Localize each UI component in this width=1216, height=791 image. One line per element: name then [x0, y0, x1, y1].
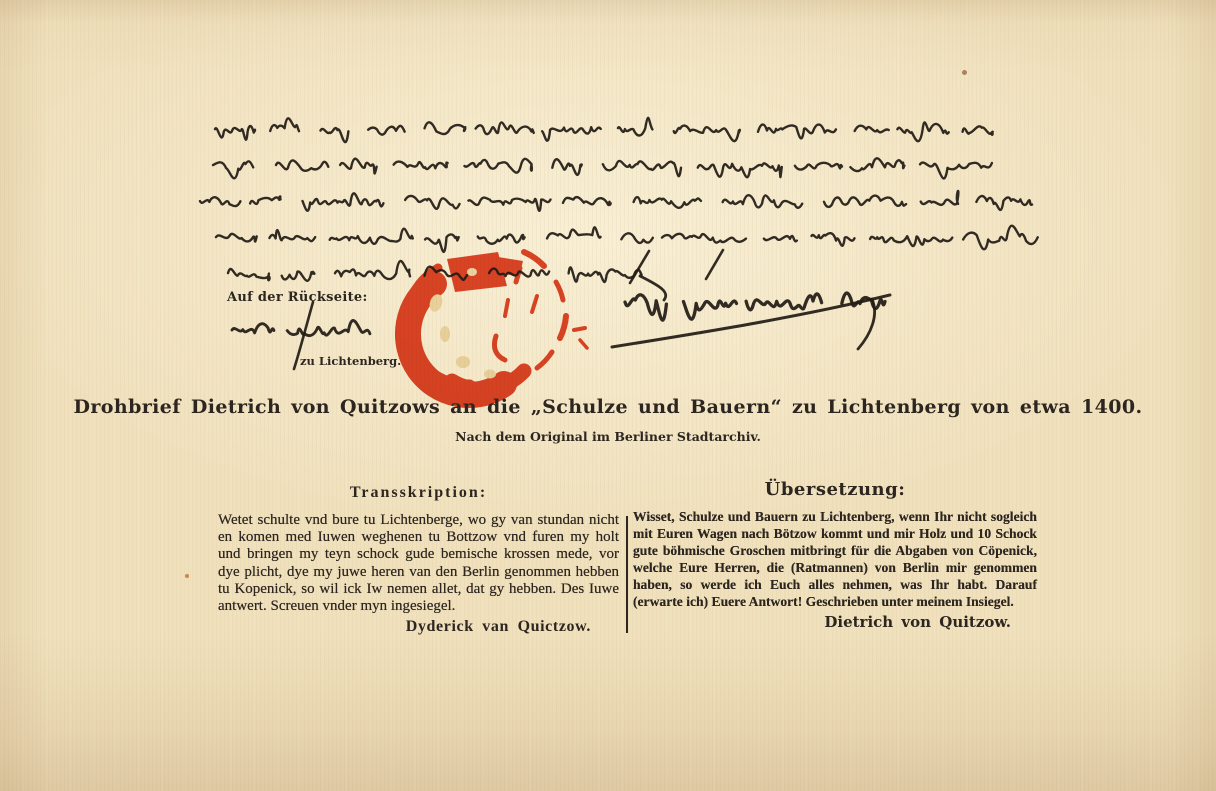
transcription-column: Transskription: Wetet schulte vnd bure t…	[218, 484, 619, 636]
book-page-scan: Auf der Rückseite: zu Lichtenberg. Drohb…	[0, 0, 1216, 791]
verso-caption: zu Lichtenberg.	[300, 354, 401, 368]
translation-heading: Übersetzung:	[633, 479, 1037, 500]
verso-label: Auf der Rückseite:	[227, 290, 368, 305]
wax-seal-stamp-icon	[406, 252, 587, 395]
figure-caption: Drohbrief Dietrich von Quitzows an die „…	[0, 396, 1216, 418]
paper-speck	[962, 70, 967, 75]
transcription-heading: Transskription:	[218, 484, 619, 502]
translation-body: Wisset, Schulze und Bauern zu Lichtenber…	[633, 509, 1037, 610]
translation-signature: Dietrich von Quitzow.	[633, 613, 1037, 631]
handwritten-letter-lines	[200, 118, 1038, 369]
transcription-signature: Dyderick van Quictzow.	[218, 618, 619, 636]
column-divider	[626, 516, 628, 633]
source-note: Nach dem Original im Berliner Stadtarchi…	[0, 429, 1216, 444]
paper-speck	[185, 574, 189, 578]
transcription-body: Wetet schulte vnd bure tu Lichtenberge, …	[218, 512, 619, 615]
translation-column: Übersetzung: Wisset, Schulze und Bauern …	[633, 479, 1037, 631]
